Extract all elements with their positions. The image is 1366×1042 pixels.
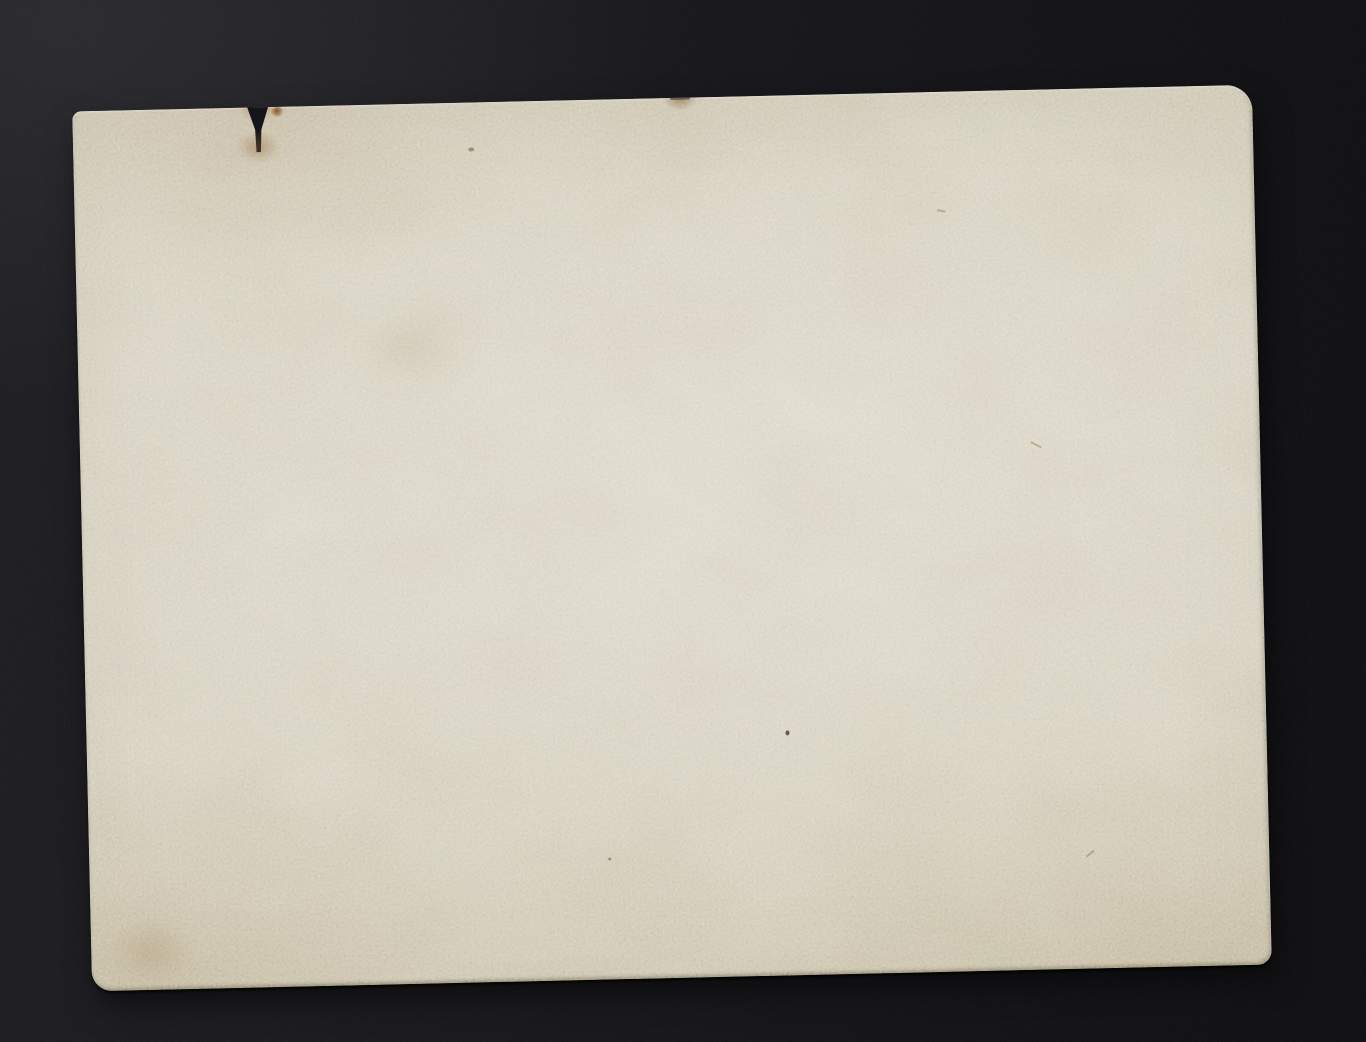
paper-grain-texture [72, 85, 1272, 992]
paper-speck [785, 730, 789, 735]
top-edge-nick [664, 96, 696, 110]
faint-foxing-stain [347, 302, 479, 395]
blank-aged-card [72, 85, 1272, 992]
corner-foxing-stain [104, 915, 196, 987]
slit-smudge-stain [236, 133, 282, 164]
paper-fiber [937, 209, 946, 213]
photo-backdrop [0, 0, 1366, 1042]
rust-spot [271, 107, 284, 117]
paper-fiber [1030, 441, 1042, 448]
paper-speck [608, 857, 611, 860]
paper-speck [468, 147, 474, 151]
paper-fiber [1086, 850, 1095, 858]
